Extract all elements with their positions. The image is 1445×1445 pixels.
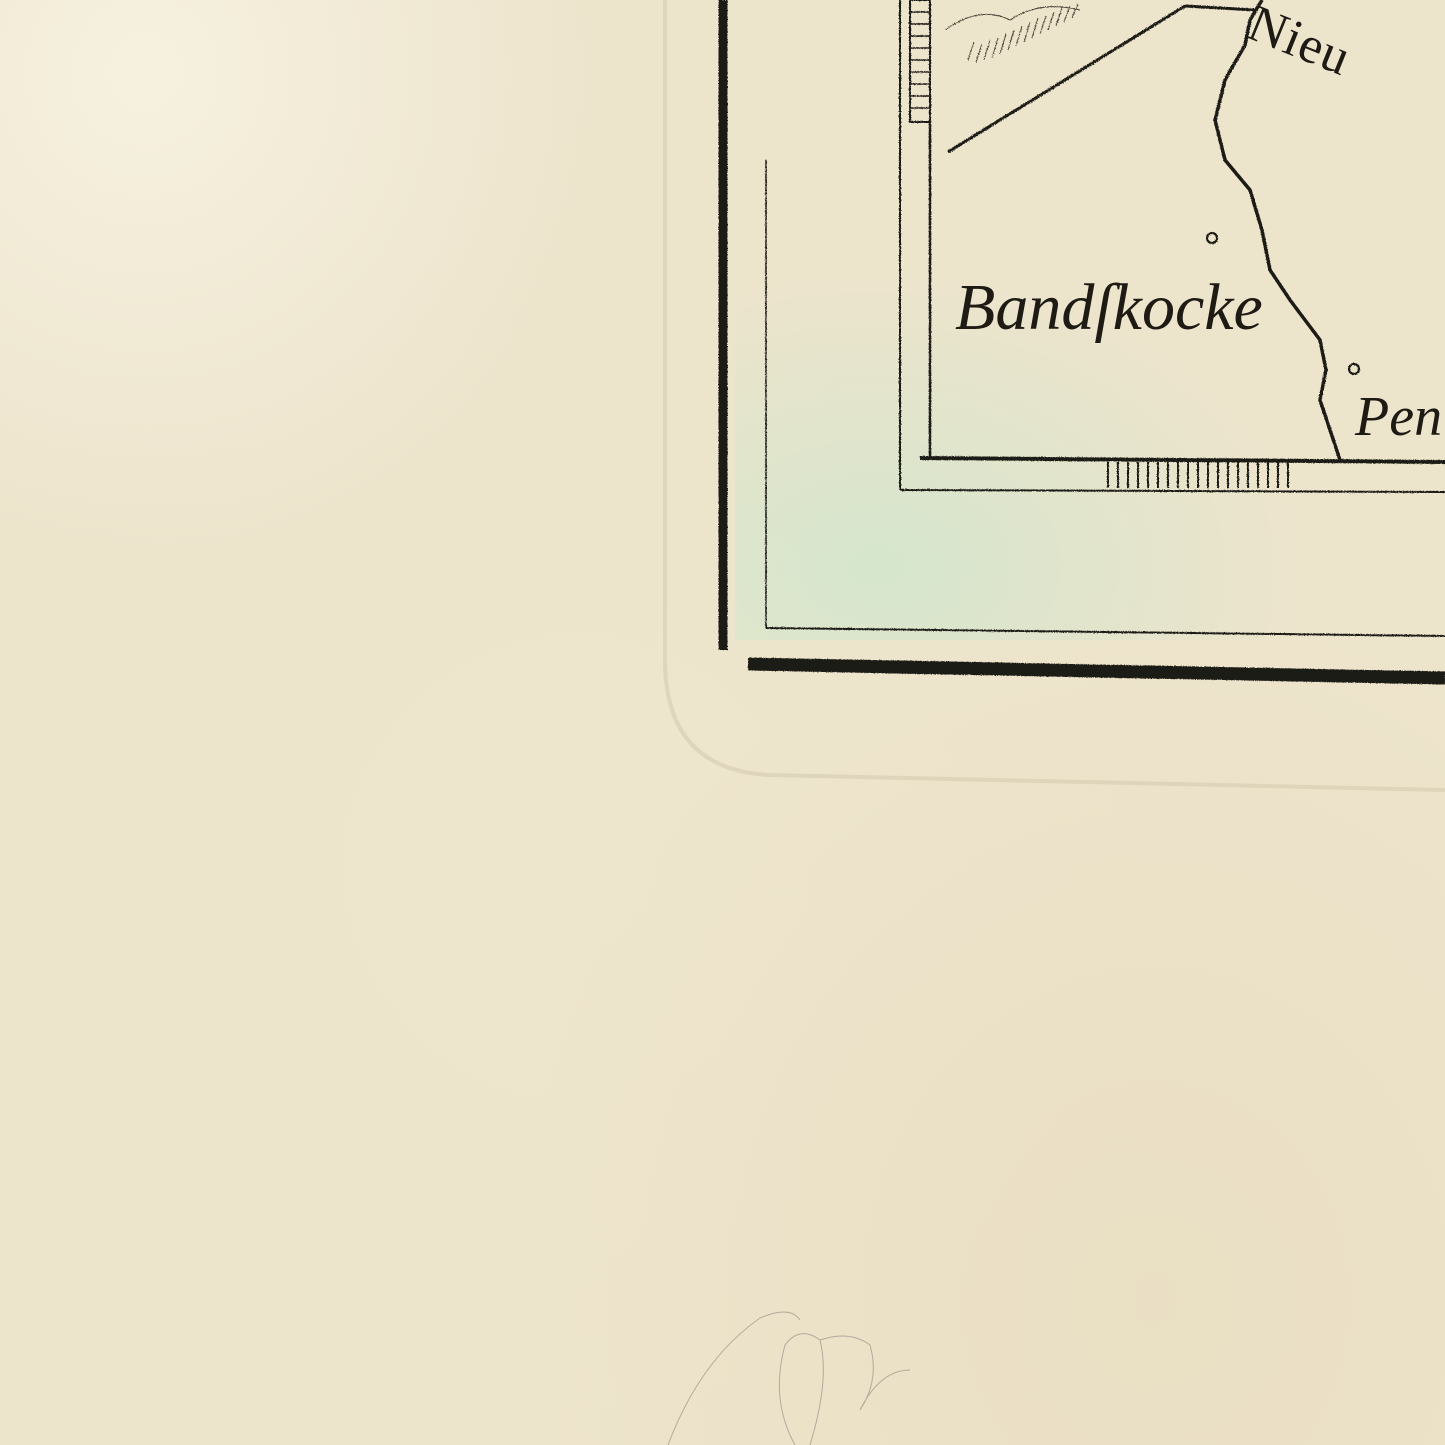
- place-label-bandskocke: Bandſkocke: [955, 270, 1263, 346]
- road-line: [948, 6, 1255, 152]
- map-engraving: [0, 0, 1445, 1445]
- hill-hatching: [945, 4, 1080, 62]
- color-wash: [735, 150, 1445, 640]
- outer-border-bottom: [748, 664, 1445, 678]
- place-label-pen: Pen: [1355, 385, 1442, 449]
- pencil-sketch: [668, 1312, 910, 1445]
